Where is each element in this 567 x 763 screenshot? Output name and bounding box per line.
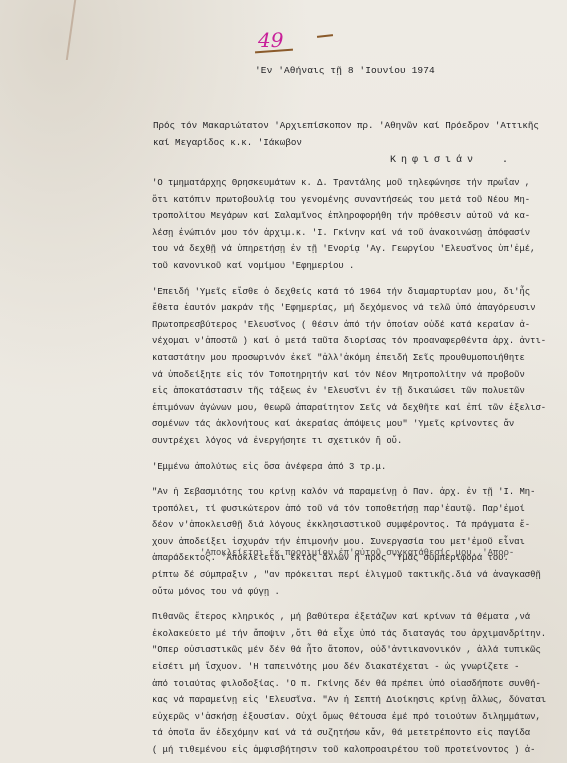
paragraph: 'Επειδή 'Υμεῖς εἴσθε ὁ δεχθείς κατά τό 1… <box>152 284 557 450</box>
text-line: "Οπερ οὐσιαστικῶς μέν δέν θά ἦτο ἄτοπον,… <box>152 642 557 659</box>
text-line: του νά δεχθῇ νά ὑπηρετήσῃ ἐν τῇ 'Ενορίᾳ … <box>152 241 557 258</box>
paragraph: 'Ο τμηματάρχης Θρησκευμάτων κ. Δ. Τραντά… <box>152 175 557 275</box>
paper-tear-mark <box>26 0 76 60</box>
text-line: τοῦ κανονικοῦ καί νομίμου 'Εφημερίου . <box>152 258 557 275</box>
text-line: νά ὑποδείξητε εἰς τόν Τοποτηρητήν καί τό… <box>152 367 557 384</box>
text-line: συντρέχει λόγος νά ἐνεργήσητε τι σχετικό… <box>152 433 557 450</box>
text-line: ἐκολακεύετο μέ τήν ἄποψιν ,ὅτι θά εἶχε ὑ… <box>152 626 557 643</box>
paragraph: Πιθανῶς ἕτερος κληρικός , μή βαθύτερα ἐξ… <box>152 609 557 758</box>
location: Κηφισιάν <box>390 155 478 166</box>
text-line: Πιθανῶς ἕτερος κληρικός , μή βαθύτερα ἐξ… <box>152 609 557 626</box>
text-line: σομένων τάς ἀκλονήτους καί ἀκεραίας ἀπόψ… <box>152 416 557 433</box>
text-line: ρίπτω δέ σύμπραξιν , "αν πρόκειται περί … <box>152 567 557 584</box>
text-line: ( μή τιθεμένου εἰς ἀμφισβήτησιν τοῦ καλο… <box>152 742 557 759</box>
letter-body: 'Ο τμηματάρχης Θρησκευμάτων κ. Δ. Τραντά… <box>152 175 557 763</box>
page-number: 49 <box>258 28 283 52</box>
text-line: νέχομαι ν'ἀποστῶ ) καί ὁ μετά ταῦτα διορ… <box>152 333 557 350</box>
text-line: τροπολίτου Μεγάρων καί Σαλαμῖνος ἐπληροφ… <box>152 208 557 225</box>
location-period: . <box>502 155 508 166</box>
text-line: εὐχερῶς ν'ἀσκήσῃ ἐξουσίαν. Οὐχί ὅμως θέτ… <box>152 709 557 726</box>
text-line: "Αν ἡ Σεβασμιότης του κρίνῃ καλόν νά παρ… <box>152 484 557 501</box>
overtyped-text: 'Αποκλείεται ἐκ προοιμίου ἐπ'αὐτοῦ συγκα… <box>200 545 514 562</box>
text-line: 'Επειδή 'Υμεῖς εἴσθε ὁ δεχθείς κατά τό 1… <box>152 284 557 301</box>
text-line: οὕτω μόνος του νά φύγῃ . <box>152 584 557 601</box>
text-line: λέσῃ ἐνώπιόν μου τόν ἀρχιμ.κ. 'Ι. Γκίνην… <box>152 225 557 242</box>
addressee-line: καί Μεγαρίδος κ.κ. 'Ιάκωβον <box>153 134 543 151</box>
text-line: τροπόλει, τί φυσικώτερον ἀπό τοῦ νά τόν … <box>152 501 557 518</box>
paragraph: "Αν ἡ Σεβασμιότης του κρίνῃ καλόν νά παρ… <box>152 484 557 600</box>
text-line: ἐπιμόνων ἀγώνων μου, θεωρῶ ἀπαραίτητον Σ… <box>152 400 557 417</box>
text-line: 'Ο τμηματάρχης Θρησκευμάτων κ. Δ. Τραντά… <box>152 175 557 192</box>
text-line: τά ὁποῖα ἄν ἐδεχόμην καί νά τά συζητήσω … <box>152 725 557 742</box>
text-line: Πρωτοπρεσβύτερος 'Ελευσῖνος ( θέσιν ἀπό … <box>152 317 557 334</box>
text-line: κας νά παραμείνῃ εἰς 'Ελευσῖνα. "Αν ἡ Σε… <box>152 692 557 709</box>
addressee-line: Πρός τόν Μακαριώτατον 'Αρχιεπίσκοπον πρ.… <box>153 117 543 134</box>
text-line: ἀπό τοιαύτας φιλοδοξίας. 'Ο π. Γκίνης δέ… <box>152 676 557 693</box>
text-line: εἰς ἀποκατάστασιν τῆς τάξεως ἐν 'Ελευσῖν… <box>152 383 557 400</box>
text-line: καταστάτην μου προσωρινόν ἐκεῖ "ἀλλ'ἀκόμ… <box>152 350 557 367</box>
text-line: εἰσέτι μή ἴσχυον. 'Η ταπεινότης μου δέν … <box>152 659 557 676</box>
text-line: ἔθετα ἑαυτόν μακράν τῆς 'Εφημερίας, μή δ… <box>152 300 557 317</box>
text-line: δέον ν'ἀποκλεισθῇ διά λόγους ἐκκλησιαστι… <box>152 517 557 534</box>
text-line: ὅτι κατόπιν πρωτοβουλίᾳ του γενομένης συ… <box>152 192 557 209</box>
text-line: 'Εμμένω ἀπολύτως εἰς ὅσα ἀνέφερα ἀπό 3 τ… <box>152 459 557 476</box>
addressee-block: Πρός τόν Μακαριώτατον 'Αρχιεπίσκοπον πρ.… <box>153 117 543 151</box>
text-line: ἀπαράδεκτος. 'Αποκλείεται ἐκτός ἄλλων ἡ … <box>152 550 557 567</box>
paragraph: 'Εμμένω ἀπολύτως εἰς ὅσα ἀνέφερα ἀπό 3 τ… <box>152 459 557 476</box>
date-line: 'Εν 'Αθήναις τῇ 8 'Ιουνίου 1974 <box>255 65 435 76</box>
